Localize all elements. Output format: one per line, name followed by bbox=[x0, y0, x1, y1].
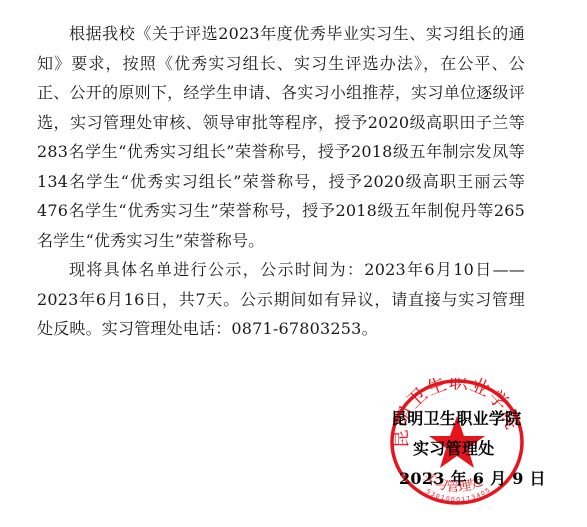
signature-block: 昆明卫生职业学院 实习管理处 5301000173405 昆明卫生职业学院 实习… bbox=[0, 0, 587, 527]
signature-date: 2023 年 6 月 9 日 bbox=[399, 466, 546, 489]
signature-organization: 昆明卫生职业学院 bbox=[391, 406, 521, 429]
signature-department: 实习管理处 bbox=[413, 436, 495, 459]
